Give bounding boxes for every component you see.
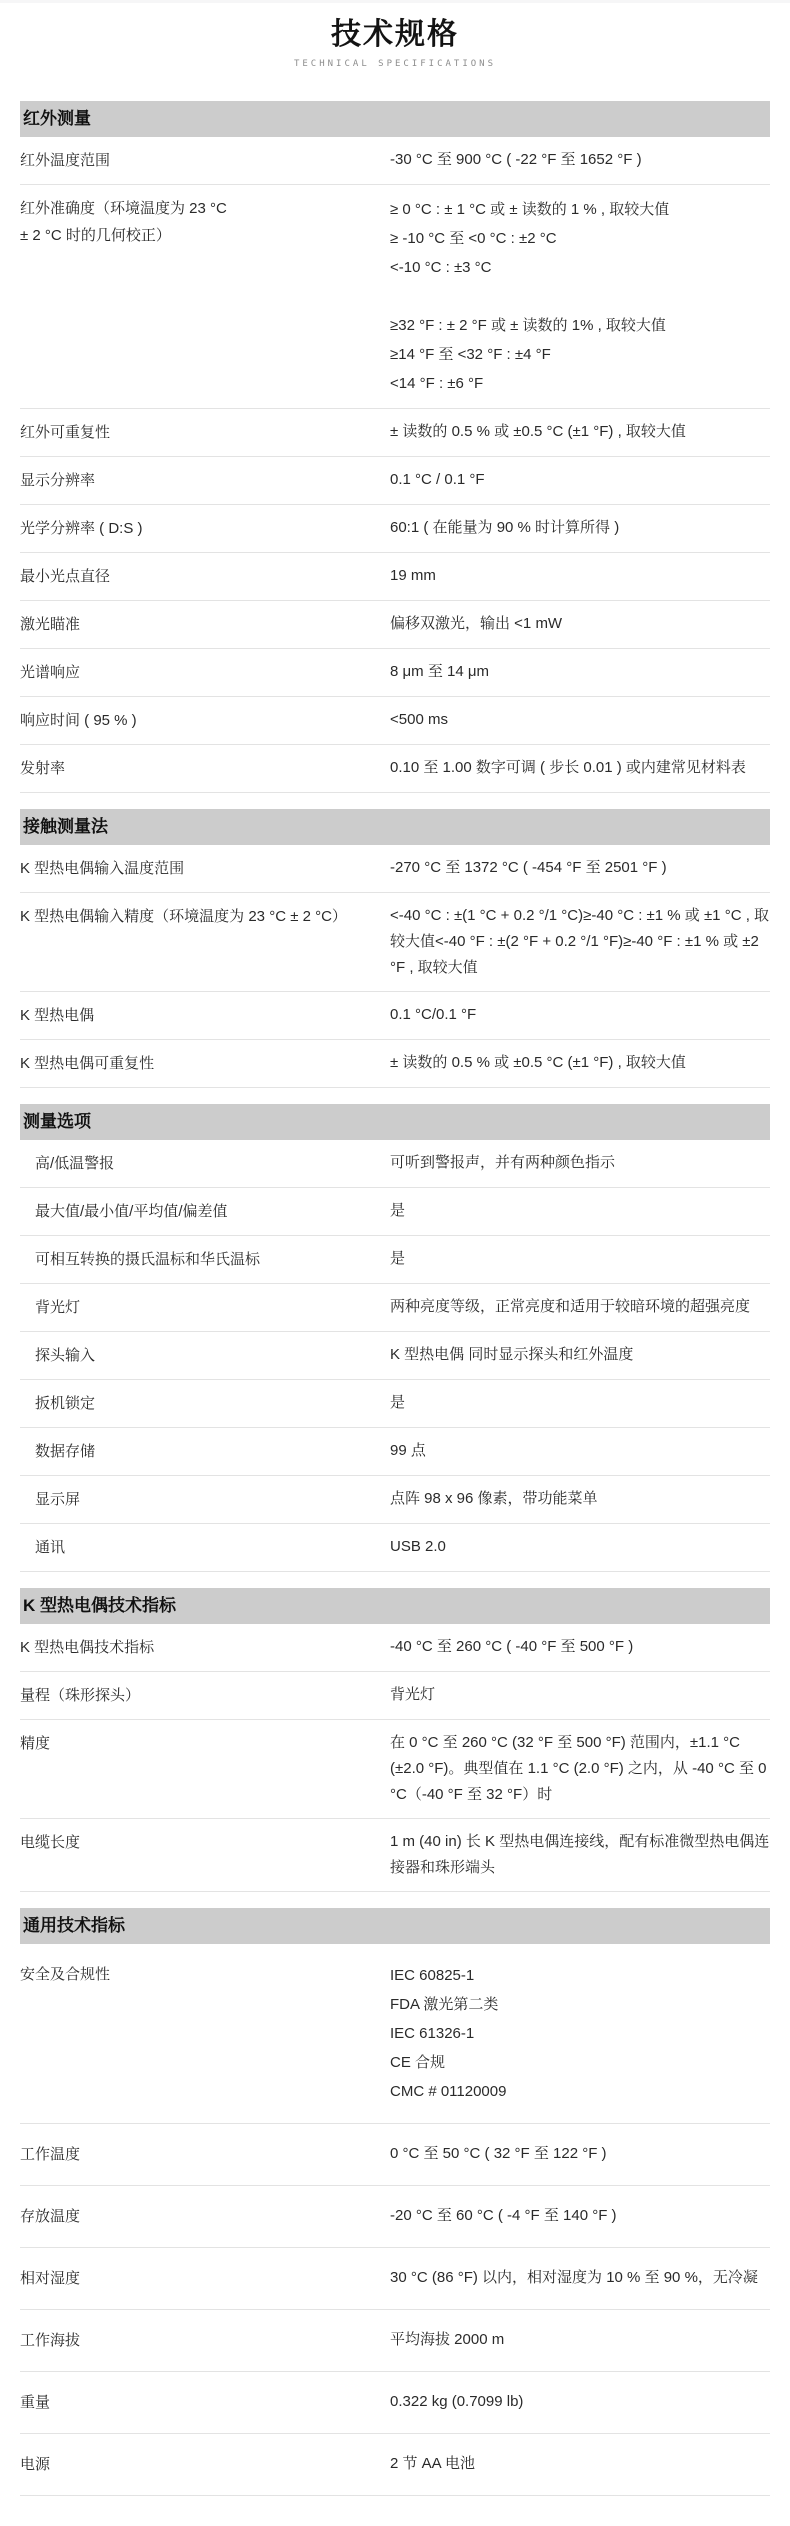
- spec-value-line: 点阵 98 x 96 像素，带功能菜单: [390, 1486, 770, 1512]
- spec-row: 可相互转换的摄氏温标和华氏温标是: [20, 1236, 770, 1284]
- spec-value-line: 0.1 °C/0.1 °F: [390, 1002, 770, 1028]
- spec-row: 重量0.322 kg (0.7099 lb): [20, 2372, 770, 2434]
- spec-label-line: 显示屏: [35, 1486, 372, 1513]
- spec-value-line: <-10 °C : ±3 °C: [390, 253, 770, 282]
- spec-value: 0.1 °C / 0.1 °F: [390, 467, 770, 493]
- spec-section: K 型热电偶技术指标K 型热电偶技术指标-40 °C 至 260 °C ( -4…: [20, 1588, 770, 1892]
- spec-value: 0.1 °C/0.1 °F: [390, 1002, 770, 1028]
- spec-value: 1 m (40 in) 长 K 型热电偶连接线，配有标准微型热电偶连接器和珠形端…: [390, 1829, 770, 1881]
- spec-label-line: 响应时间 ( 95 % ): [20, 707, 372, 734]
- spec-row: 高/低温警报可听到警报声，并有两种颜色指示: [20, 1140, 770, 1188]
- spec-row: 最小光点直径19 mm: [20, 553, 770, 601]
- spec-row: K 型热电偶输入精度（环境温度为 23 °C ± 2 °C）<-40 °C : …: [20, 893, 770, 992]
- spec-row: K 型热电偶0.1 °C/0.1 °F: [20, 992, 770, 1040]
- spec-value: ± 读数的 0.5 % 或 ±0.5 °C (±1 °F) , 取较大值: [390, 419, 770, 445]
- spec-value: K 型热电偶 同时显示探头和红外温度: [390, 1342, 770, 1368]
- spec-label-line: K 型热电偶输入精度（环境温度为 23 °C ± 2 °C）: [20, 903, 372, 930]
- spec-label-line: 光学分辨率 ( D:S ): [20, 515, 372, 542]
- spec-value: USB 2.0: [390, 1534, 770, 1560]
- spec-value-line: IEC 61326-1: [390, 2019, 770, 2048]
- spec-label: 红外可重复性: [20, 419, 390, 446]
- spec-row: 最大值/最小值/平均值/偏差值是: [20, 1188, 770, 1236]
- spec-value: 是: [390, 1198, 770, 1224]
- spec-row: 显示屏点阵 98 x 96 像素，带功能菜单: [20, 1476, 770, 1524]
- spec-value-line: 两种亮度等级，正常亮度和适用于较暗环境的超强亮度: [390, 1294, 770, 1320]
- spec-value-line: ≥ 0 °C : ± 1 °C 或 ± 读数的 1 % , 取较大值: [390, 195, 770, 224]
- spec-label: 高/低温警报: [20, 1150, 390, 1177]
- spec-row: 光谱响应8 μm 至 14 μm: [20, 649, 770, 697]
- spec-row: 红外可重复性± 读数的 0.5 % 或 ±0.5 °C (±1 °F) , 取较…: [20, 409, 770, 457]
- spec-value-line: CMC # 01120009: [390, 2077, 770, 2106]
- spec-value-line: ± 读数的 0.5 % 或 ±0.5 °C (±1 °F) , 取较大值: [390, 419, 770, 445]
- spec-label: 相对湿度: [20, 2265, 390, 2292]
- spec-label: K 型热电偶输入温度范围: [20, 855, 390, 882]
- spec-label: 安全及合规性: [20, 1961, 390, 1988]
- spec-label-line: K 型热电偶技术指标: [20, 1634, 372, 1661]
- spec-row: K 型热电偶输入温度范围-270 °C 至 1372 °C ( -454 °F …: [20, 845, 770, 893]
- spec-value-line: ≥14 °F 至 <32 °F : ±4 °F: [390, 340, 770, 369]
- spec-label: 可相互转换的摄氏温标和华氏温标: [20, 1246, 390, 1273]
- spec-label-line: 显示分辨率: [20, 467, 372, 494]
- spec-label: 光学分辨率 ( D:S ): [20, 515, 390, 542]
- spec-label-line: 可相互转换的摄氏温标和华氏温标: [35, 1246, 372, 1273]
- spec-label-line: 探头输入: [35, 1342, 372, 1369]
- spec-row: 电缆长度1 m (40 in) 长 K 型热电偶连接线，配有标准微型热电偶连接器…: [20, 1819, 770, 1892]
- spec-label-line: 激光瞄准: [20, 611, 372, 638]
- spec-label: 电源: [20, 2451, 390, 2478]
- spec-value: 8 μm 至 14 μm: [390, 659, 770, 685]
- spec-value: 是: [390, 1246, 770, 1272]
- section-header: 测量选项: [20, 1104, 770, 1140]
- spec-label: 存放温度: [20, 2203, 390, 2230]
- spec-row: K 型热电偶技术指标-40 °C 至 260 °C ( -40 °F 至 500…: [20, 1624, 770, 1672]
- spec-label-line: 存放温度: [20, 2203, 372, 2230]
- spec-row: 工作温度0 °C 至 50 °C ( 32 °F 至 122 °F ): [20, 2124, 770, 2186]
- spec-value-line: 背光灯: [390, 1682, 770, 1708]
- spec-row: K 型热电偶可重复性± 读数的 0.5 % 或 ±0.5 °C (±1 °F) …: [20, 1040, 770, 1088]
- spec-value-line: 是: [390, 1390, 770, 1416]
- spec-value: ± 读数的 0.5 % 或 ±0.5 °C (±1 °F) , 取较大值: [390, 1050, 770, 1076]
- spec-row: 安全及合规性IEC 60825-1FDA 激光第二类IEC 61326-1CE …: [20, 1944, 770, 2124]
- spec-label-line: 重量: [20, 2389, 372, 2416]
- spec-value-line: 0 °C 至 50 °C ( 32 °F 至 122 °F ): [390, 2141, 770, 2167]
- spec-label-line: 最大值/最小值/平均值/偏差值: [35, 1198, 372, 1225]
- spec-row: 量程（珠形探头）背光灯: [20, 1672, 770, 1720]
- section-header: 红外测量: [20, 101, 770, 137]
- spec-label: K 型热电偶: [20, 1002, 390, 1029]
- spec-value-line: 0.10 至 1.00 数字可调 ( 步长 0.01 ) 或内建常见材料表: [390, 755, 770, 781]
- spec-row: 红外温度范围-30 °C 至 900 °C ( -22 °F 至 1652 °F…: [20, 137, 770, 185]
- spec-label: 探头输入: [20, 1342, 390, 1369]
- spec-section: 通用技术指标安全及合规性IEC 60825-1FDA 激光第二类IEC 6132…: [20, 1908, 770, 2496]
- spec-value: 60:1 ( 在能量为 90 % 时计算所得 ): [390, 515, 770, 541]
- spec-value: 是: [390, 1390, 770, 1416]
- spec-value: 99 点: [390, 1438, 770, 1464]
- spec-value: 0.10 至 1.00 数字可调 ( 步长 0.01 ) 或内建常见材料表: [390, 755, 770, 781]
- spec-section: 接触测量法K 型热电偶输入温度范围-270 °C 至 1372 °C ( -45…: [20, 809, 770, 1088]
- spec-value-line: <500 ms: [390, 707, 770, 733]
- spec-label: 最大值/最小值/平均值/偏差值: [20, 1198, 390, 1225]
- spec-row: 相对湿度30 °C (86 °F) 以内，相对湿度为 10 % 至 90 %，无…: [20, 2248, 770, 2310]
- spec-label: 激光瞄准: [20, 611, 390, 638]
- section-header: K 型热电偶技术指标: [20, 1588, 770, 1624]
- spec-value-line: FDA 激光第二类: [390, 1990, 770, 2019]
- spec-label: 最小光点直径: [20, 563, 390, 590]
- spec-row: 探头输入K 型热电偶 同时显示探头和红外温度: [20, 1332, 770, 1380]
- spec-label: 工作温度: [20, 2141, 390, 2168]
- spec-label: 工作海拔: [20, 2327, 390, 2354]
- spec-value: 30 °C (86 °F) 以内，相对湿度为 10 % 至 90 %，无冷凝: [390, 2265, 770, 2291]
- spec-value: 背光灯: [390, 1682, 770, 1708]
- spec-section: 红外测量红外温度范围-30 °C 至 900 °C ( -22 °F 至 165…: [20, 101, 770, 793]
- spec-value-line: [390, 282, 770, 311]
- spec-value-line: 0.322 kg (0.7099 lb): [390, 2389, 770, 2415]
- spec-value: 点阵 98 x 96 像素，带功能菜单: [390, 1486, 770, 1512]
- spec-value-line: 60:1 ( 在能量为 90 % 时计算所得 ): [390, 515, 770, 541]
- spec-label-line: 电源: [20, 2451, 372, 2478]
- spec-value: 在 0 °C 至 260 °C (32 °F 至 500 °F) 范围内，±1.…: [390, 1730, 770, 1808]
- spec-value-line: ≥ -10 °C 至 <0 °C : ±2 °C: [390, 224, 770, 253]
- spec-value-line: 是: [390, 1246, 770, 1272]
- spec-value-line: 0.1 °C / 0.1 °F: [390, 467, 770, 493]
- spec-value: -270 °C 至 1372 °C ( -454 °F 至 2501 °F ): [390, 855, 770, 881]
- spec-label-line: 精度: [20, 1730, 372, 1757]
- spec-value-line: ± 读数的 0.5 % 或 ±0.5 °C (±1 °F) , 取较大值: [390, 1050, 770, 1076]
- spec-sections: 红外测量红外温度范围-30 °C 至 900 °C ( -22 °F 至 165…: [20, 101, 770, 2496]
- spec-value-line: 8 μm 至 14 μm: [390, 659, 770, 685]
- spec-label-line: K 型热电偶: [20, 1002, 372, 1029]
- spec-value: 平均海拔 2000 m: [390, 2327, 770, 2353]
- spec-value-line: -30 °C 至 900 °C ( -22 °F 至 1652 °F ): [390, 147, 770, 173]
- spec-label-line: 通讯: [35, 1534, 372, 1561]
- spec-label: 精度: [20, 1730, 390, 1757]
- page-header: 技术规格 TECHNICAL SPECIFICATIONS: [0, 3, 790, 85]
- spec-row: 光学分辨率 ( D:S )60:1 ( 在能量为 90 % 时计算所得 ): [20, 505, 770, 553]
- spec-value: 0.322 kg (0.7099 lb): [390, 2389, 770, 2415]
- spec-section: 测量选项高/低温警报可听到警报声，并有两种颜色指示最大值/最小值/平均值/偏差值…: [20, 1104, 770, 1572]
- spec-label: 数据存储: [20, 1438, 390, 1465]
- spec-value: 偏移双激光，输出 <1 mW: [390, 611, 770, 637]
- spec-value-line: 30 °C (86 °F) 以内，相对湿度为 10 % 至 90 %，无冷凝: [390, 2265, 770, 2291]
- page-subtitle: TECHNICAL SPECIFICATIONS: [0, 59, 790, 69]
- spec-value: <500 ms: [390, 707, 770, 733]
- spec-label: 通讯: [20, 1534, 390, 1561]
- spec-label: 发射率: [20, 755, 390, 782]
- spec-label: 红外温度范围: [20, 147, 390, 174]
- spec-row: 背光灯两种亮度等级，正常亮度和适用于较暗环境的超强亮度: [20, 1284, 770, 1332]
- spec-label-line: 发射率: [20, 755, 372, 782]
- spec-label-line: 安全及合规性: [20, 1961, 372, 1988]
- spec-label-line: ± 2 °C 时的几何校正）: [20, 222, 372, 249]
- spec-label: 响应时间 ( 95 % ): [20, 707, 390, 734]
- spec-label-line: K 型热电偶输入温度范围: [20, 855, 372, 882]
- spec-label: 显示屏: [20, 1486, 390, 1513]
- spec-row: 数据存储99 点: [20, 1428, 770, 1476]
- spec-value: IEC 60825-1FDA 激光第二类IEC 61326-1CE 合规CMC …: [390, 1961, 770, 2106]
- spec-label-line: 数据存储: [35, 1438, 372, 1465]
- spec-value-line: 偏移双激光，输出 <1 mW: [390, 611, 770, 637]
- spec-label-line: 红外温度范围: [20, 147, 372, 174]
- spec-value-line: 平均海拔 2000 m: [390, 2327, 770, 2353]
- spec-label: K 型热电偶可重复性: [20, 1050, 390, 1077]
- spec-value-line: 1 m (40 in) 长 K 型热电偶连接线，配有标准微型热电偶连接器和珠形端…: [390, 1829, 770, 1881]
- spec-label: 背光灯: [20, 1294, 390, 1321]
- spec-label: 红外准确度（环境温度为 23 °C± 2 °C 时的几何校正）: [20, 195, 390, 249]
- spec-value-line: 是: [390, 1198, 770, 1224]
- spec-row: 激光瞄准偏移双激光，输出 <1 mW: [20, 601, 770, 649]
- spec-label-line: 红外准确度（环境温度为 23 °C: [20, 195, 372, 222]
- spec-label-line: 红外可重复性: [20, 419, 372, 446]
- spec-value-line: 19 mm: [390, 563, 770, 589]
- spec-value-line: 可听到警报声，并有两种颜色指示: [390, 1150, 770, 1176]
- spec-label: 光谱响应: [20, 659, 390, 686]
- spec-value-line: -20 °C 至 60 °C ( -4 °F 至 140 °F ): [390, 2203, 770, 2229]
- spec-row: 发射率0.10 至 1.00 数字可调 ( 步长 0.01 ) 或内建常见材料表: [20, 745, 770, 793]
- section-header: 接触测量法: [20, 809, 770, 845]
- spec-value-line: <14 °F : ±6 °F: [390, 369, 770, 398]
- spec-label: K 型热电偶技术指标: [20, 1634, 390, 1661]
- spec-value-line: ≥32 °F : ± 2 °F 或 ± 读数的 1% , 取较大值: [390, 311, 770, 340]
- spec-label: 显示分辨率: [20, 467, 390, 494]
- spec-value: -40 °C 至 260 °C ( -40 °F 至 500 °F ): [390, 1634, 770, 1660]
- spec-label: 重量: [20, 2389, 390, 2416]
- spec-row: 显示分辨率0.1 °C / 0.1 °F: [20, 457, 770, 505]
- spec-row: 精度在 0 °C 至 260 °C (32 °F 至 500 °F) 范围内，±…: [20, 1720, 770, 1819]
- spec-value: <-40 °C : ±(1 °C + 0.2 °/1 °C)≥-40 °C : …: [390, 903, 770, 981]
- spec-value-line: 在 0 °C 至 260 °C (32 °F 至 500 °F) 范围内，±1.…: [390, 1730, 770, 1808]
- spec-label-line: 光谱响应: [20, 659, 372, 686]
- spec-row: 响应时间 ( 95 % )<500 ms: [20, 697, 770, 745]
- spec-label-line: 背光灯: [35, 1294, 372, 1321]
- spec-row: 通讯USB 2.0: [20, 1524, 770, 1572]
- spec-value-line: <-40 °C : ±(1 °C + 0.2 °/1 °C)≥-40 °C : …: [390, 903, 770, 981]
- spec-value-line: -40 °C 至 260 °C ( -40 °F 至 500 °F ): [390, 1634, 770, 1660]
- spec-label-line: 工作温度: [20, 2141, 372, 2168]
- spec-label-line: 扳机锁定: [35, 1390, 372, 1417]
- spec-label-line: 量程（珠形探头）: [20, 1682, 372, 1709]
- spec-value-line: 99 点: [390, 1438, 770, 1464]
- spec-value: 0 °C 至 50 °C ( 32 °F 至 122 °F ): [390, 2141, 770, 2167]
- spec-value-line: K 型热电偶 同时显示探头和红外温度: [390, 1342, 770, 1368]
- spec-row: 红外准确度（环境温度为 23 °C± 2 °C 时的几何校正）≥ 0 °C : …: [20, 185, 770, 409]
- spec-value-line: 2 节 AA 电池: [390, 2451, 770, 2477]
- spec-label-line: 高/低温警报: [35, 1150, 372, 1177]
- spec-value-line: -270 °C 至 1372 °C ( -454 °F 至 2501 °F ): [390, 855, 770, 881]
- spec-value: ≥ 0 °C : ± 1 °C 或 ± 读数的 1 % , 取较大值≥ -10 …: [390, 195, 770, 398]
- spec-value-line: USB 2.0: [390, 1534, 770, 1560]
- spec-label-line: 电缆长度: [20, 1829, 372, 1856]
- section-header: 通用技术指标: [20, 1908, 770, 1944]
- spec-label-line: 最小光点直径: [20, 563, 372, 590]
- page-title: 技术规格: [0, 16, 790, 54]
- spec-label: 电缆长度: [20, 1829, 390, 1856]
- spec-value: 2 节 AA 电池: [390, 2451, 770, 2477]
- spec-value-line: CE 合规: [390, 2048, 770, 2077]
- spec-row: 存放温度-20 °C 至 60 °C ( -4 °F 至 140 °F ): [20, 2186, 770, 2248]
- spec-label: K 型热电偶输入精度（环境温度为 23 °C ± 2 °C）: [20, 903, 390, 930]
- spec-label-line: 相对湿度: [20, 2265, 372, 2292]
- spec-value: 可听到警报声，并有两种颜色指示: [390, 1150, 770, 1176]
- spec-label: 量程（珠形探头）: [20, 1682, 390, 1709]
- spec-value-line: IEC 60825-1: [390, 1961, 770, 1990]
- spec-label: 扳机锁定: [20, 1390, 390, 1417]
- spec-value: -30 °C 至 900 °C ( -22 °F 至 1652 °F ): [390, 147, 770, 173]
- spec-value: -20 °C 至 60 °C ( -4 °F 至 140 °F ): [390, 2203, 770, 2229]
- spec-value: 19 mm: [390, 563, 770, 589]
- spec-row: 扳机锁定是: [20, 1380, 770, 1428]
- spec-value: 两种亮度等级，正常亮度和适用于较暗环境的超强亮度: [390, 1294, 770, 1320]
- spec-row: 工作海拔平均海拔 2000 m: [20, 2310, 770, 2372]
- spec-row: 电源2 节 AA 电池: [20, 2434, 770, 2496]
- spec-label-line: K 型热电偶可重复性: [20, 1050, 372, 1077]
- spec-label-line: 工作海拔: [20, 2327, 372, 2354]
